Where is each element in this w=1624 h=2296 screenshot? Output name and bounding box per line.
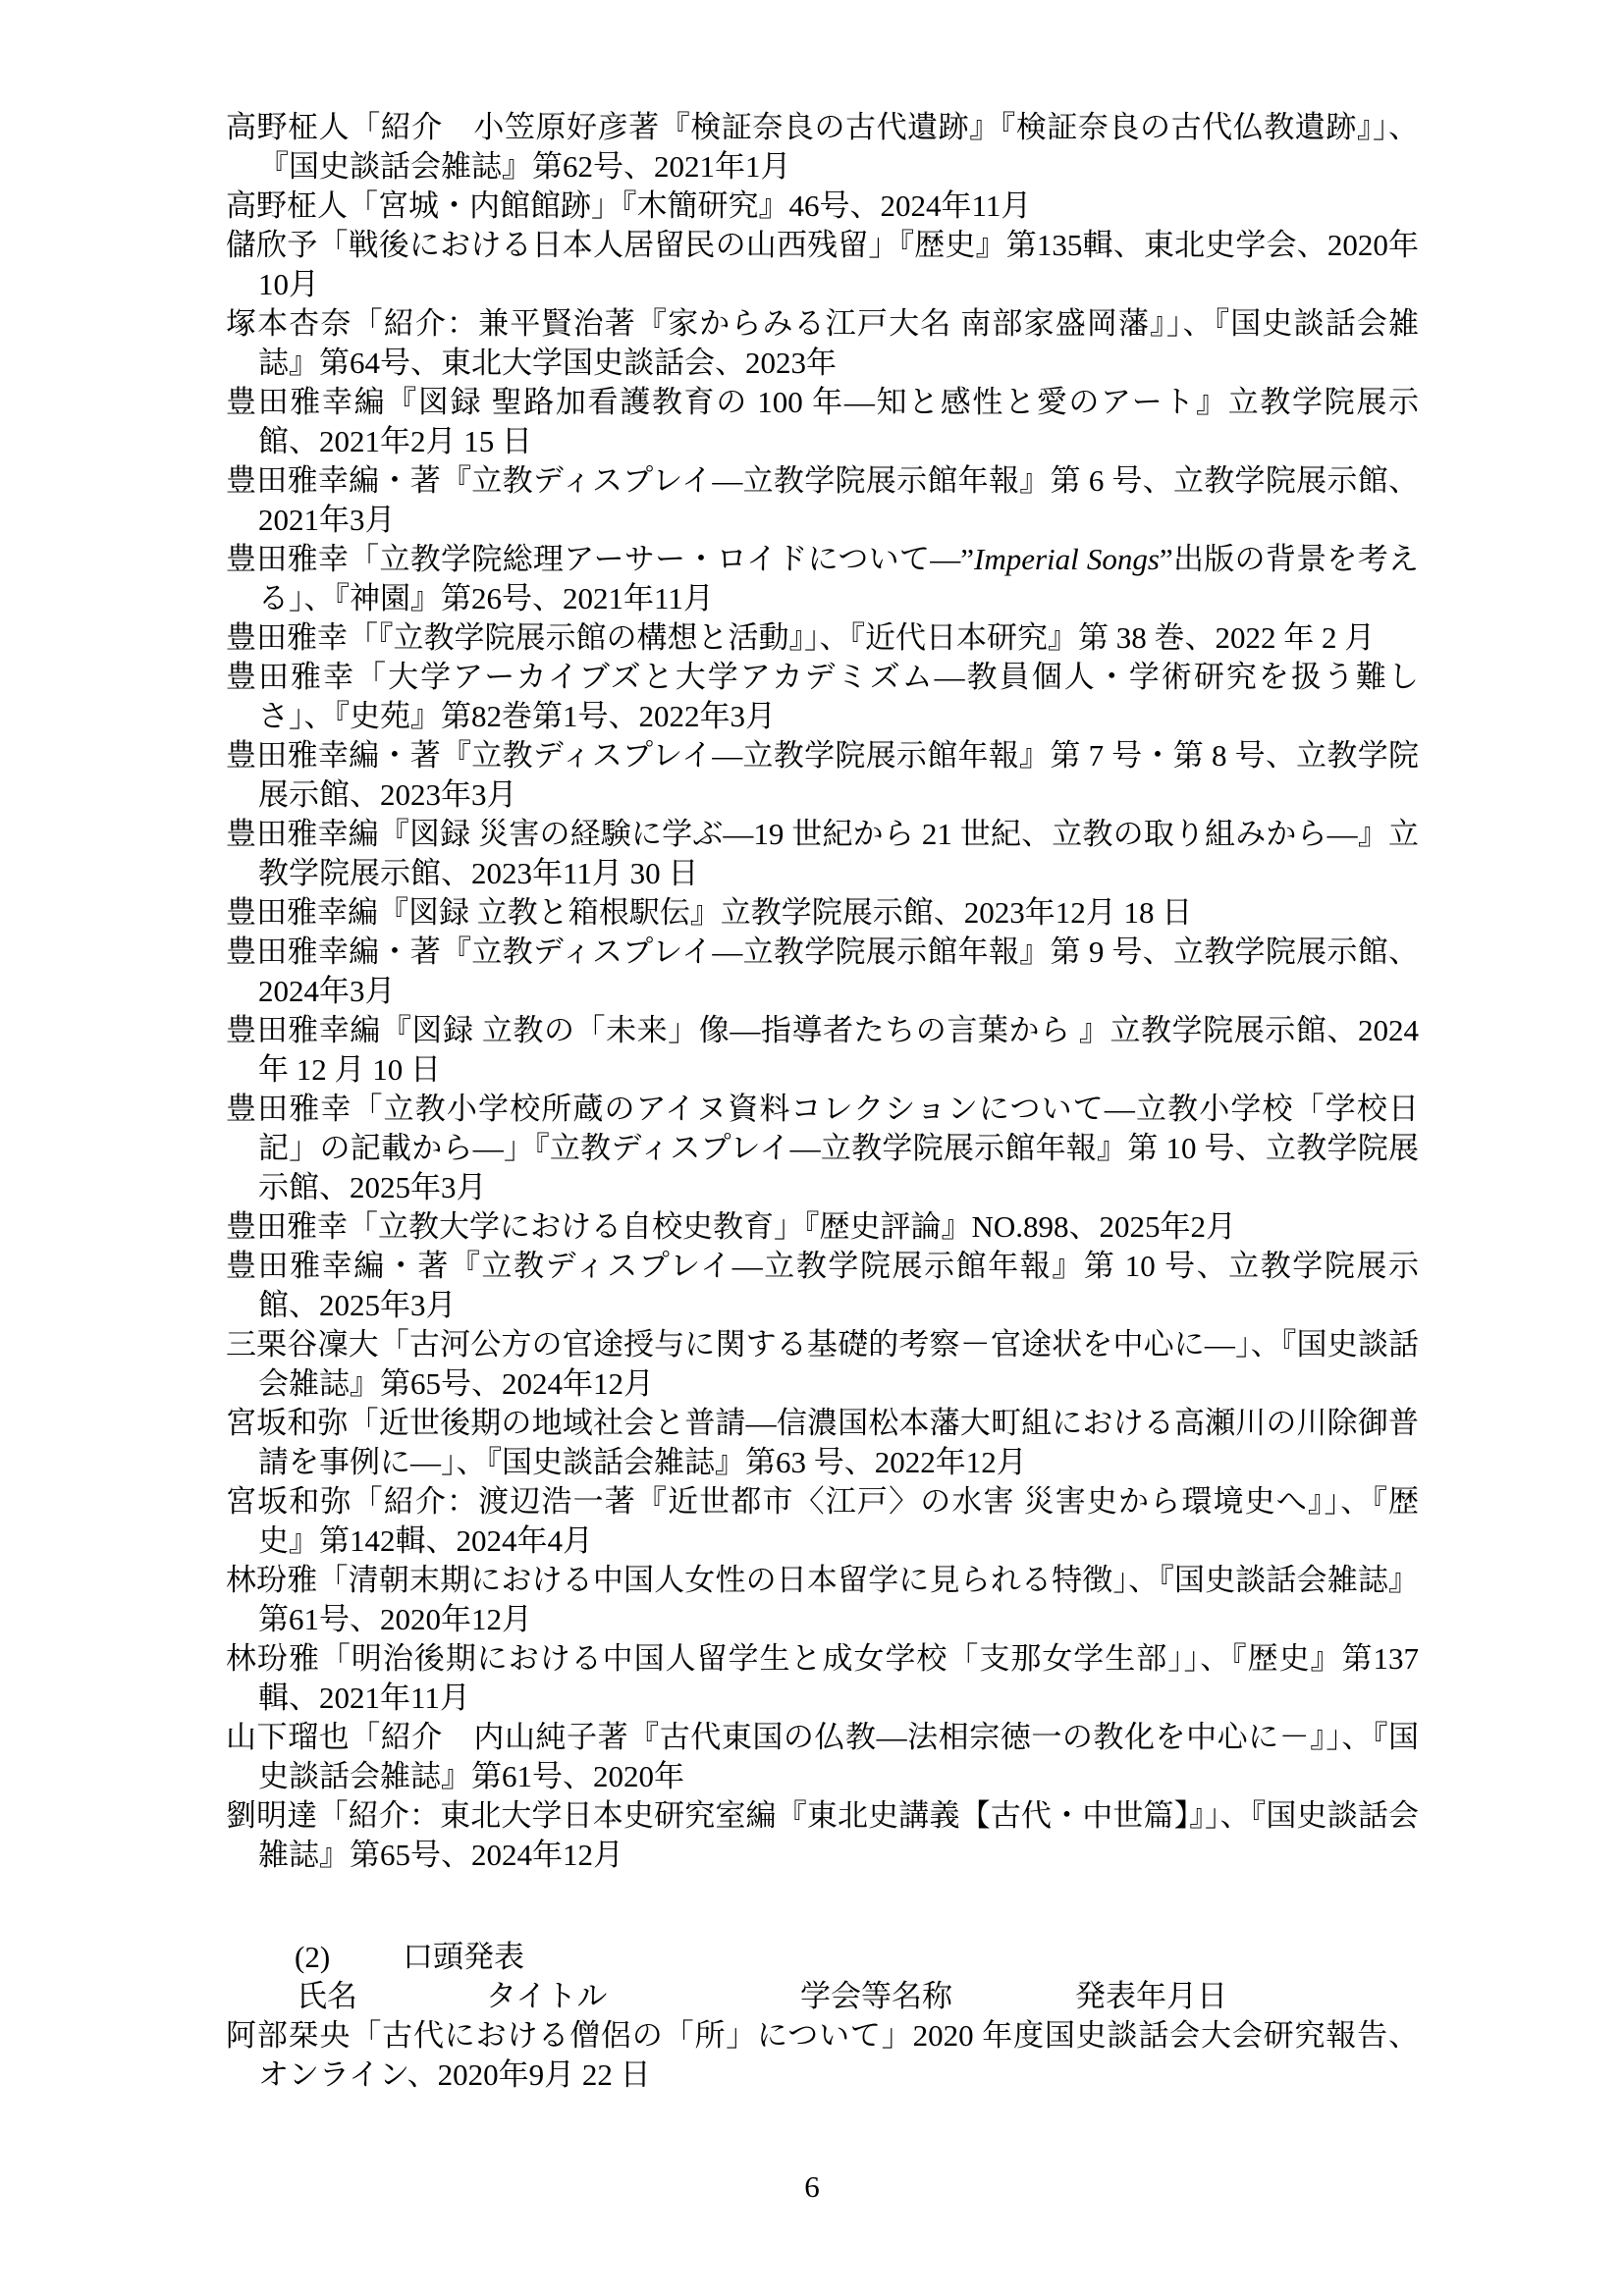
bibliography-entry: 林玢雅「明治後期における中国人留学生と成女学校「支那女学生部」」、『歴史』第13…	[226, 1639, 1419, 1718]
bibliography-entry: 豊田雅幸編・著『立教ディスプレイ―立教学院展示館年報』第 9 号、立教学院展示館…	[226, 933, 1419, 1011]
bibliography-entry: 豊田雅幸編・著『立教ディスプレイ―立教学院展示館年報』第 10 号、立教学院展示…	[226, 1247, 1419, 1325]
bibliography-entry: 三栗谷凜大「古河公方の官途授与に関する基礎的考察－官途状を中心に―」、『国史談話…	[226, 1325, 1419, 1404]
page-content: 高野柾人「紹介 小笠原好彦著『検証奈良の古代遺跡』『検証奈良の古代仏教遺跡』」、…	[226, 108, 1419, 2095]
column-header-title: タイトル	[486, 1977, 607, 2016]
document-page: 高野柾人「紹介 小笠原好彦著『検証奈良の古代遺跡』『検証奈良の古代仏教遺跡』」、…	[0, 0, 1624, 2296]
bibliography-entry: 宮坂和弥「近世後期の地域社会と普請―信濃国松本藩大町組における高瀬川の川除御普請…	[226, 1404, 1419, 1482]
oral-table-header: 氏名 タイトル 学会等名称 発表年月日	[226, 1977, 1419, 2016]
column-header-society: 学会等名称	[800, 1977, 952, 2016]
bibliography-entry: 儲欣予「戦後における日本人居留民の山西残留」『歴史』第135輯、東北史学会、20…	[226, 226, 1419, 304]
oral-section-heading: (2) 口頭発表	[226, 1938, 1419, 1977]
section-number: (2)	[295, 1938, 330, 1977]
oral-presentation-entry: 阿部栞央「古代における僧侶の「所」について」2020 年度国史談話会大会研究報告…	[226, 2016, 1419, 2095]
bibliography-entry: 豊田雅幸編『図録 災害の経験に学ぶ―19 世紀から 21 世紀、立教の取り組みか…	[226, 815, 1419, 893]
bibliography-entry: 林玢雅「清朝末期における中国人女性の日本留学に見られる特徴」、『国史談話会雑誌』…	[226, 1561, 1419, 1639]
bibliography-list: 高野柾人「紹介 小笠原好彦著『検証奈良の古代遺跡』『検証奈良の古代仏教遺跡』」、…	[226, 108, 1419, 1875]
bibliography-entry: 高野柾人「紹介 小笠原好彦著『検証奈良の古代遺跡』『検証奈良の古代仏教遺跡』」、…	[226, 108, 1419, 187]
bibliography-entry: 豊田雅幸編『図録 聖路加看護教育の 100 年―知と感性と愛のアート』立教学院展…	[226, 383, 1419, 461]
bibliography-entry: 豊田雅幸編・著『立教ディスプレイ―立教学院展示館年報』第 7 号・第 8 号、立…	[226, 736, 1419, 815]
section-title: 口頭発表	[403, 1938, 524, 1977]
bibliography-entry: 山下瑠也「紹介 内山純子著『古代東国の仏教―法相宗徳一の教化を中心に－』」、『国…	[226, 1718, 1419, 1796]
bibliography-entry: 豊田雅幸「大学アーカイブズと大学アカデミズム―教員個人・学術研究を扱う難しさ」、…	[226, 658, 1419, 736]
bibliography-entry: 高野柾人「宮城・内館館跡」『木簡研究』46号、2024年11月	[226, 187, 1419, 226]
bibliography-entry: 塚本杏奈「紹介：兼平賢治著『家からみる江戸大名 南部家盛岡藩』」、『国史談話会雑…	[226, 304, 1419, 383]
bibliography-entry: 豊田雅幸「『立教学院展示館の構想と活動』」、『近代日本研究』第 38 巻、202…	[226, 618, 1419, 658]
bibliography-entry: 豊田雅幸「立教学院総理アーサー・ロイドについて―”Imperial Songs”…	[226, 540, 1419, 618]
oral-presentations-list: 阿部栞央「古代における僧侶の「所」について」2020 年度国史談話会大会研究報告…	[226, 2016, 1419, 2095]
bibliography-entry: 宮坂和弥「紹介：渡辺浩一著『近世都市〈江戸〉の水害 災害史から環境史へ』」、『歴…	[226, 1482, 1419, 1561]
bibliography-entry: 豊田雅幸編・著『立教ディスプレイ―立教学院展示館年報』第 6 号、立教学院展示館…	[226, 461, 1419, 540]
bibliography-entry: 劉明達「紹介：東北大学日本史研究室編『東北史講義【古代・中世篇】』」、『国史談話…	[226, 1796, 1419, 1875]
oral-presentations-section: (2) 口頭発表 氏名 タイトル 学会等名称 発表年月日 阿部栞央「古代における…	[226, 1938, 1419, 2095]
bibliography-entry: 豊田雅幸編『図録 立教と箱根駅伝』立教学院展示館、2023年12月 18 日	[226, 893, 1419, 933]
bibliography-entry: 豊田雅幸「立教大学における自校史教育」『歴史評論』NO.898、2025年2月	[226, 1207, 1419, 1247]
bibliography-entry: 豊田雅幸「立教小学校所蔵のアイヌ資料コレクションについて―立教小学校「学校日記」…	[226, 1090, 1419, 1207]
page-number: 6	[0, 2167, 1624, 2207]
column-header-name: 氏名	[297, 1977, 357, 2016]
bibliography-entry: 豊田雅幸編『図録 立教の「未来」像―指導者たちの言葉から 』立教学院展示館、20…	[226, 1011, 1419, 1090]
column-header-date: 発表年月日	[1075, 1977, 1227, 2016]
